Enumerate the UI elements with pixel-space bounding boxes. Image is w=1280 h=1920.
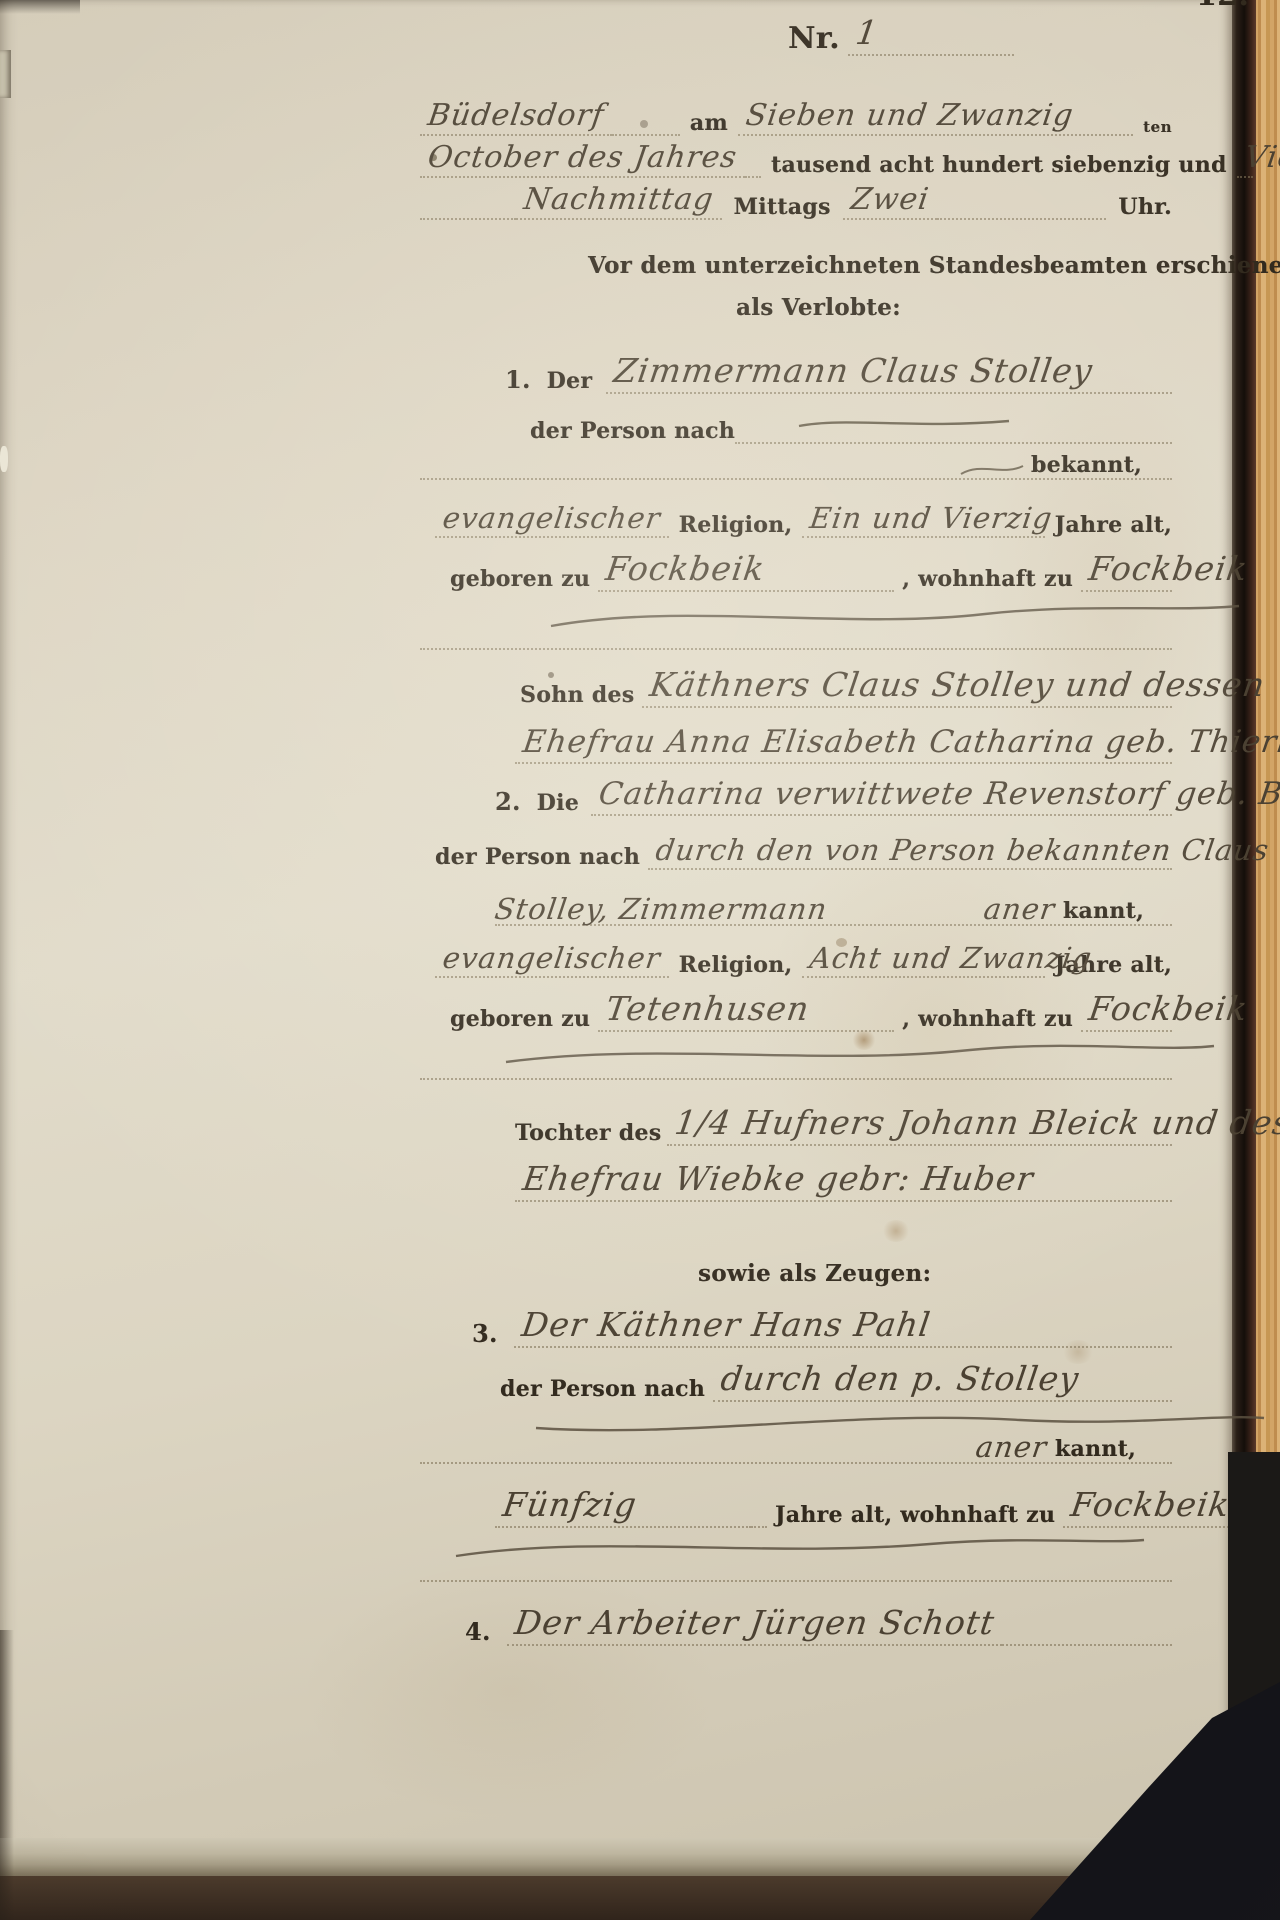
groom-known-label: bekannt, [1031, 452, 1142, 478]
pen-flourish [957, 458, 1027, 478]
witness1-known-hand: aner [974, 1432, 1049, 1462]
uhr-label: Uhr. [1118, 194, 1172, 220]
born-label: geboren zu [450, 1006, 590, 1032]
groom-name: Zimmermann Claus Stolley [612, 354, 1095, 389]
witness1-name-line: 3. Der Käthner Hans Pahl [472, 1296, 1172, 1348]
bride-known-label: kannt, [1063, 898, 1144, 924]
religion-label: Religion, [679, 512, 793, 538]
bride-born-place: Tetenhusen [604, 992, 812, 1027]
bride-mother: Ehefrau Wiebke gebr: Huber [521, 1162, 1036, 1197]
born-label: geboren zu [450, 566, 590, 592]
day-value-blank: Sieben und Zwanzig [738, 100, 1133, 137]
bride-name-line: 2. Die Catharina verwittwete Revenstorf … [495, 768, 1172, 816]
place-value: Büdelsdorf [420, 100, 612, 137]
blank-fill [751, 1523, 767, 1528]
bride-name-blank: Catharina verwittwete Revenstorf geb. Bl… [591, 778, 1172, 816]
groom-number: 1. [505, 365, 531, 394]
preamble-line2: als Verlobte: [736, 294, 901, 321]
blank-fill [937, 215, 1107, 220]
witness1-known-label: kannt, [1055, 1436, 1136, 1462]
bride-age-blank: Acht und Zwanzig [802, 943, 1044, 978]
witness2-name: Der Arbeiter Jürgen Schott [512, 1606, 996, 1641]
bride-resident-place-blank: Fockbeik [1081, 992, 1172, 1032]
groom-resident-place-blank: Fockbeik [1081, 552, 1172, 592]
bride-ident-blank: durch den von Person bekannten Claus [648, 835, 1172, 870]
page-number-mark: 12. [1196, 0, 1249, 11]
bride-father-blank: 1/4 Hufners Johann Bleick und dessen [667, 1106, 1172, 1146]
book-cover-edge-left [0, 1630, 14, 1920]
page-corner-shadow [0, 0, 80, 14]
tochter-des-label: Tochter des [515, 1120, 661, 1146]
blank-fill [420, 215, 516, 220]
time-line: Nachmittag Mittags Zwei Uhr. [420, 174, 1172, 220]
paper-stain [882, 1220, 910, 1242]
witness1-ident-blank: durch den p. Stolley [713, 1362, 1172, 1402]
bride-known-hand: aner [982, 894, 1057, 924]
month-year-line: October des Jahres tausend acht hundert … [420, 132, 1172, 178]
witness1-age-value: Fünfzig [501, 1488, 640, 1523]
bride-born-line: geboren zu Tetenhusen , wohnhaft zu Fock… [450, 986, 1172, 1032]
witness2-number: 4. [465, 1617, 491, 1646]
witness2-name-line: 4. Der Arbeiter Jürgen Schott [465, 1592, 1172, 1646]
groom-age-value: Ein und Vierzig [808, 503, 1055, 533]
page-edge-speck [0, 446, 8, 472]
year-value-blank: Vier [1237, 142, 1253, 179]
resident-label: , wohnhaft zu [902, 1006, 1073, 1032]
bride-ident-line1: durch den von Person bekannten Claus [654, 835, 1271, 865]
pen-dash [795, 414, 1015, 432]
groom-father-blank: Käthners Claus Stolley und dessen [642, 668, 1172, 708]
bride-father: 1/4 Hufners Johann Bleick und dessen [673, 1106, 1280, 1141]
page-edge-notch [0, 50, 11, 98]
bride-lineage-line1: Tochter des 1/4 Hufners Johann Bleick un… [515, 1096, 1172, 1146]
groom-born-line: geboren zu Fockbeik , wohnhaft zu Fockbe… [450, 546, 1172, 592]
witness1-known-line: aner kannt, [420, 1416, 1172, 1464]
groom-lineage-line1: Sohn des Käthners Claus Stolley und dess… [520, 658, 1172, 708]
daytime-value: Nachmittag [516, 184, 722, 221]
groom-born-place-blank: Fockbeik [598, 552, 894, 592]
bride-mother-blank: Ehefrau Wiebke gebr: Huber [515, 1162, 1172, 1202]
nr-label: Nr. [788, 21, 840, 56]
groom-lineage-line2: Ehefrau Anna Elisabeth Catharina geb. Th… [515, 714, 1172, 764]
witness-heading: sowie als Zeugen: [698, 1260, 931, 1287]
bride-born-place-blank: Tetenhusen [598, 992, 894, 1032]
groom-article: Der [547, 368, 593, 394]
groom-mother: Ehefrau Anna Elisabeth Catharina geb. Th… [521, 726, 1280, 759]
witness1-name: Der Käthner Hans Pahl [519, 1308, 932, 1343]
blank-ruled-line [420, 606, 1172, 650]
bride-name: Catharina verwittwete Revenstorf geb. Bl… [597, 778, 1280, 811]
groom-name-blank: Zimmermann Claus Stolley [606, 354, 1172, 394]
blank-ruled-line [420, 1040, 1172, 1080]
groom-mother-blank: Ehefrau Anna Elisabeth Catharina geb. Th… [515, 726, 1172, 764]
bride-age-value: Acht und Zwanzig [808, 943, 1094, 973]
witness1-person-nach-line: der Person nach durch den p. Stolley [500, 1356, 1172, 1402]
person-nach-label: der Person nach [435, 844, 640, 870]
witness1-age-line: Fünfzig Jahre alt, wohnhaft zu Fockbeik [440, 1478, 1172, 1528]
bride-ident-line2: Stolley, Zimmermann [493, 894, 830, 924]
place-date-line: Büdelsdorf am Sieben und Zwanzig ten [420, 90, 1172, 136]
groom-religion-age-line: evangelischer Religion, Ein und Vierzig … [435, 492, 1172, 538]
day-value: Sieben und Zwanzig [744, 100, 1076, 132]
registry-book-photo: 12. Nr. 1 Büdelsdorf am Sieben und Zwanz… [0, 0, 1280, 1920]
witness1-ident: durch den p. Stolley [719, 1362, 1082, 1397]
person-nach-label: der Person nach [500, 1376, 705, 1402]
resident-label: , wohnhaft zu [902, 566, 1073, 592]
year-value: Vier [1242, 142, 1280, 174]
bride-number: 2. [495, 787, 521, 816]
bride-ident-line2-row: Stolley, Zimmermann aner kannt, [495, 878, 1172, 926]
religion-label: Religion, [679, 952, 793, 978]
witness2-name-blank: Der Arbeiter Jürgen Schott [507, 1606, 1003, 1646]
bride-person-nach-line: der Person nach durch den von Person bek… [435, 824, 1172, 870]
witness1-age-label: Jahre alt, wohnhaft zu [775, 1502, 1055, 1528]
registry-page: 12. Nr. 1 Büdelsdorf am Sieben und Zwanz… [0, 0, 1232, 1920]
record-number-line: Nr. 1 [788, 12, 1014, 56]
witness1-place: Fockbeik [1069, 1488, 1233, 1523]
mittags-label: Mittags [734, 194, 831, 220]
nr-value: 1 [853, 16, 880, 51]
groom-resident-place: Fockbeik [1087, 552, 1251, 587]
groom-born-place: Fockbeik [604, 552, 768, 587]
witness1-name-blank: Der Käthner Hans Pahl [514, 1308, 1172, 1348]
month-value: October des Jahres [420, 142, 745, 179]
sohn-des-label: Sohn des [520, 682, 634, 708]
blank-fill [1002, 1641, 1172, 1646]
bride-article: Die [537, 790, 579, 816]
hour-value: Zwei [843, 184, 937, 221]
witness1-age-blank: Fünfzig [495, 1488, 751, 1528]
preamble-line1: Vor dem unterzeichneten Standesbeamten e… [588, 252, 1280, 279]
bride-resident-place: Fockbeik [1087, 992, 1251, 1027]
nr-value-blank: 1 [848, 16, 1014, 56]
groom-religion-value: evangelischer [435, 503, 669, 538]
bride-religion-age-line: evangelischer Religion, Acht und Zwanzig… [435, 932, 1172, 978]
age-label: Jahre alt, [1055, 512, 1172, 538]
blank-ruled-line [420, 1542, 1172, 1582]
witness1-number: 3. [472, 1319, 498, 1348]
groom-father: Käthners Claus Stolley und dessen [648, 668, 1268, 703]
groom-age-blank: Ein und Vierzig [802, 503, 1044, 538]
bride-lineage-line2: Ehefrau Wiebke gebr: Huber [515, 1152, 1172, 1202]
groom-known-line: bekannt, [420, 432, 1172, 480]
groom-name-line: 1. Der Zimmermann Claus Stolley [505, 346, 1172, 394]
bride-religion-value: evangelischer [435, 943, 669, 978]
